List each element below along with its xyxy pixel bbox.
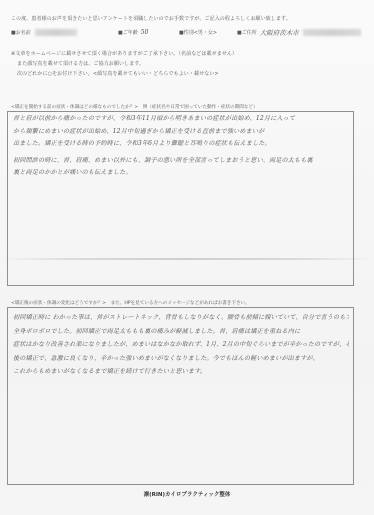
survey-intro-text: この度、患者様のお声を頂きたいと思いアンケートを須職したいのでお手数ですが、ご記… [11, 16, 291, 22]
age-label: ■ご年齢 [118, 29, 138, 36]
section1-answer-box: 首と肩が以前から痛かったのですが、令和3年11月頃から明きあまいの症状が出始め、… [7, 111, 354, 286]
section2-answer-line: これからもめまいがなくなるまで矯正を続けて行きたいと思います。 [13, 365, 349, 379]
section1-answer-line: 首と肩が以前から痛かったのですが、令和3年11月頃から明きあまいの症状が出始め、… [13, 113, 349, 126]
section1-answer-line: 初回問診の時に、首、肩痛、めまい以外にも、調子の悪い所を全部言ってしまおうと思い… [13, 155, 349, 168]
gender-label: ■性別<男・女> [179, 29, 217, 36]
section1-answer-line: から頻繁にめまいの症状が出始め、12月中旬過ぎから矯正を受ける直前まで強いめまい… [13, 126, 349, 139]
section1-answer-text: 首と肩が以前から痛かったのですが、令和3年11月頃から明きあまいの症状が出始め、… [13, 113, 349, 180]
section2-answer-box: 初回矯正時に わかった事は、首がストレートネック、背骨もしなりがなく、腰骨も前傾… [7, 307, 354, 485]
name-label: ■お名前 [11, 29, 31, 36]
section2-answer-line: 後の矯正で、急激に良くなり、辛かった強いめまいがなくなりました。今でもほんの軽い… [13, 352, 349, 366]
section2-question: <矯正後の症状・体調の変化はどうですか？> また、HPを見ている方へのメッセージ… [11, 300, 250, 306]
name-field: ■お名前 [11, 28, 77, 36]
address-value: 大阪府茨木市 [260, 28, 299, 37]
section1-question: <矯正を開始する前の症状・体調はどの様なものでしたか？> 例（症状名や日常で困っ… [11, 104, 258, 110]
scanned-survey-page: この度、患者様のお声を頂きたいと思いアンケートを須職したいのでお手数ですが、ご記… [0, 0, 374, 515]
section1-answer-line: 出ました。矯正を受ける時の予約時に、令和3年6月より難聴と耳鳴りの症状も伝えまし… [13, 138, 349, 151]
section2-answer-line: 初回矯正時に わかった事は、首がストレートネック、背骨もしなりがなく、腰骨も前傾… [13, 311, 349, 325]
notice-line-3: 次のどれかに○をお付け下さい。<顔写真を載せてもいい・どちらでもよい・載せない> [17, 71, 219, 77]
respondent-fields-row: ■お名前 ■ご年齢 50 ■性別<男・女> ■ご住所 大阪府茨木市 [11, 28, 371, 38]
section2-answer-line: 全身ボロボロでした。初回矯正で両足太ももも裏の痛みが軽減しました。首、肩痛は矯正… [13, 325, 349, 339]
section1-answer-line: 裏と両足のかかとが痛いのも伝えました。 [13, 167, 349, 180]
name-redacted-value [35, 29, 77, 36]
address-field: ■ご住所 大阪府茨木市 [237, 28, 361, 36]
gender-field: ■性別<男・女> [179, 28, 217, 36]
address-label: ■ご住所 [237, 29, 257, 36]
notice-line-2: また顔写真を載せて頂ける方は、ご協力お願いします。 [17, 61, 144, 67]
age-value: 50 [141, 29, 149, 36]
section2-answer-text: 初回矯正時に わかった事は、首がストレートネック、背骨もしなりがなく、腰骨も前傾… [13, 311, 349, 379]
section2-answer-line: 症状はかなり改善され楽になりましたが、めまいはなかなか取れず、1月、2月の中旬ぐ… [13, 338, 349, 352]
clinic-name-footer: 凛(RIN)カイロプラクティック整体 [0, 490, 374, 498]
notice-line-1: ※文章をホームページに載せさせて頂く場合がありますがご了承下さい。（名前などは載… [11, 51, 237, 57]
address-redacted-value [303, 29, 361, 36]
age-field: ■ご年齢 50 [118, 28, 148, 36]
